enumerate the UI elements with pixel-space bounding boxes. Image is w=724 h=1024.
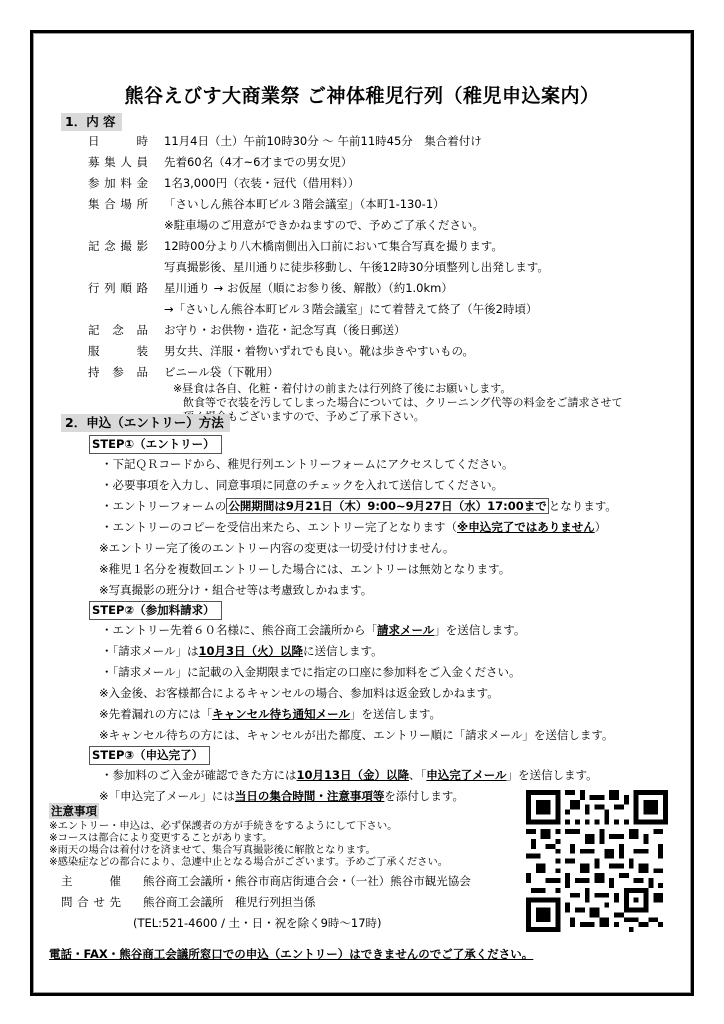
row-photo-cont: 写真撮影後、星川通りに徒歩移動し、午後12時30分頃整列し出発します。 [88, 258, 549, 276]
row-label: 行列順路 [88, 279, 148, 297]
row-label: 記念品 [88, 321, 148, 339]
step1-line2: ・必要事項を入力し、同意事項に同意のチェックを入れて送信してください。 [101, 476, 503, 494]
step1-line1: ・下記ＱＲコードから、稚児行列エントリーフォームにアクセスしてください。 [101, 455, 514, 473]
row-value: 星川通り → お仮屋（順にお参り後、解散）（約1.0km） [164, 281, 453, 295]
step2-line3: ・「請求メール」に記載の入金期限までに指定の口座に参加料をご入金ください。 [101, 663, 521, 681]
row-route: 行列順路星川通り → お仮屋（順にお参り後、解散）（約1.0km） [88, 279, 453, 297]
step2-note1: ※入金後、お客様都合によるキャンセルの場合、参加料は返金致しかねます。 [99, 684, 499, 702]
entry-period-highlight: 公開期間は9月21日（木）9:00~9月27日（水）17:00まで [226, 498, 548, 514]
row-photo: 記念撮影12時00分より八木橋南側出入口前において集合写真を撮ります。 [88, 237, 503, 255]
row-value: →「さいしん熊谷本町ビル３階会議室」にて着替えて終了（午後2時頃） [164, 302, 537, 316]
step2-note3: ※キャンセル待ちの方には、キャンセルが出た都度、エントリー順に「請求メール」を送… [99, 726, 613, 744]
step1-note2: ※稚児１名分を複数回エントリーした場合には、エントリーは無効となります。 [99, 560, 510, 578]
row-value: お守り・お供物・造花・記念写真（後日郵送） [164, 323, 406, 337]
step2-note2: ※先着漏れの方には「キャンセル待ち通知メール」を送信します。 [99, 705, 441, 723]
section-heading-application: 2．申込（エントリー）方法 [61, 414, 230, 432]
host-label: 主催 [61, 872, 121, 890]
page-title: 熊谷えびす大商業祭 ご神体稚児行列（稚児申込案内） [33, 81, 691, 108]
note-item: ※感染症などの都合により、急遽中止となる場合がございます。予めご了承ください。 [49, 856, 448, 869]
invoice-mail-label: 請求メール [377, 623, 434, 637]
contact-value: 熊谷商工会議所 稚児行列担当係 [143, 895, 316, 909]
qr-code-icon[interactable] [526, 790, 668, 932]
row-parking-note: ※駐車場のご用意ができかねますので、予めご了承ください。 [88, 216, 484, 234]
row-label: 参加料金 [88, 174, 148, 192]
step1-line4: ・エントリーのコピーを受信出来たら、エントリー完了となります（※申込完了ではあり… [101, 518, 606, 536]
row-fee: 参加料金1名3,000円（衣装・冠代（借用料）） [88, 174, 360, 192]
row-value: 男女共、洋服・着物いずれでも良い。靴は歩きやすいもの。 [164, 344, 474, 358]
lunch-note-2: 飲食等で衣装を汚してしまった場合については、クリーニング代等の料金をご請求させて [183, 396, 623, 410]
step2-line1: ・エントリー先着６０名様に、熊谷商工会議所から「請求メール」を送信します。 [101, 621, 525, 639]
day-of-info: 当日の集合時間・注意事項等 [235, 789, 385, 803]
row-value: ※駐車場のご用意ができかねますので、予めご了承ください。 [164, 218, 484, 232]
row-value: 先着60名（4才~6才までの男女児） [164, 155, 352, 169]
row-souvenir: 記念品お守り・お供物・造花・記念写真（後日郵送） [88, 321, 406, 339]
not-complete-warning: ※申込完了ではありません [457, 520, 595, 534]
row-value: 「さいしん熊谷本町ビル３階会議室」（本町1-130-1） [164, 197, 445, 211]
notes-heading: 注意事項 [49, 803, 99, 819]
host-value: 熊谷商工会議所・熊谷市商店街連合会・（一社）熊谷市観光協会 [143, 874, 471, 888]
row-label: 記念撮影 [88, 237, 148, 255]
contact-tel: (TEL:521-4600 / 土・日・祝を除く9時～17時) [133, 914, 382, 932]
row-label: 集合場所 [88, 195, 148, 213]
footer-notice: 電話・FAX・熊谷商工会議所窓口での申込（エントリー）はできませんのでご了承くだ… [49, 946, 533, 962]
note-item: ※エントリー・申込は、必ず保護者の方が手続きをするようにして下さい。 [49, 820, 397, 833]
step3-line1: ・参加料のご入金が確認できた方には10月13日（金）以降、「申込完了メール」を送… [101, 766, 598, 784]
host-row: 主催熊谷商工会議所・熊谷市商店街連合会・（一社）熊谷市観光協会 [61, 872, 471, 890]
section-heading-contents: 1．内 容 [61, 113, 122, 131]
row-attire: 服装男女共、洋服・着物いずれでも良い。靴は歩きやすいもの。 [88, 342, 474, 360]
waitlist-mail-label: キャンセル待ち通知メール [212, 707, 350, 721]
row-bring: 持参品ビニール袋（下靴用） [88, 363, 279, 381]
row-datetime: 日時11月4日（土）午前10時30分 ～ 午前11時45分 集合着付け [88, 132, 482, 150]
document-frame: 熊谷えびす大商業祭 ご神体稚児行列（稚児申込案内） 1．内 容 日時11月4日（… [30, 30, 694, 996]
row-meeting-place: 集合場所「さいしん熊谷本町ビル３階会議室」（本町1-130-1） [88, 195, 445, 213]
row-capacity: 募集人員先着60名（4才~6才までの男女児） [88, 153, 352, 171]
completion-date: 10月13日（金）以降 [297, 768, 410, 782]
lunch-note-1: ※昼食は各自、化粧・着付けの前または行列終了後にお願いします。 [173, 382, 511, 396]
step1-line3: ・エントリーフォームの公開期間は9月21日（木）9:00~9月27日（水）17:… [101, 497, 617, 515]
step1-label: STEP①（エントリー） [89, 435, 222, 454]
step1-note1: ※エントリー完了後のエントリー内容の変更は一切受け付けません。 [99, 539, 454, 557]
row-label: 持参品 [88, 363, 148, 381]
contact-row: 問合せ先熊谷商工会議所 稚児行列担当係 [61, 893, 316, 911]
row-value: 12時00分より八木橋南側出入口前において集合写真を撮ります。 [164, 239, 503, 253]
step2-line2: ・「請求メール」は10月3日（火）以降に送信します。 [101, 642, 383, 660]
row-value: 1名3,000円（衣装・冠代（借用料）） [164, 176, 360, 190]
row-label: 服装 [88, 342, 148, 360]
step1-note3: ※写真撮影の班分け・組合せ等は考慮致しかねます。 [99, 581, 372, 599]
row-label: 募集人員 [88, 153, 148, 171]
row-label: 日時 [88, 132, 148, 150]
row-value: 11月4日（土）午前10時30分 ～ 午前11時45分 集合着付け [164, 134, 482, 148]
note-item: ※コースは都合により変更することがあります。 [49, 832, 273, 845]
row-value: ビニール袋（下靴用） [164, 365, 279, 379]
step2-label: STEP②（参加料請求） [89, 601, 222, 620]
completion-mail-label: 申込完了メール [426, 768, 506, 782]
contact-label: 問合せ先 [61, 893, 121, 911]
note-item: ※雨天の場合は着付けを済ませて、集合写真撮影後に解散となります。 [49, 844, 376, 857]
step3-label: STEP③（申込完了） [89, 746, 210, 765]
step3-note1: ※「申込完了メール」には当日の集合時間・注意事項等を添付します。 [99, 787, 464, 805]
invoice-date: 10月3日（火）以降 [199, 644, 304, 658]
row-route-cont: →「さいしん熊谷本町ビル３階会議室」にて着替えて終了（午後2時頃） [88, 300, 537, 318]
row-value: 写真撮影後、星川通りに徒歩移動し、午後12時30分頃整列し出発します。 [164, 260, 549, 274]
